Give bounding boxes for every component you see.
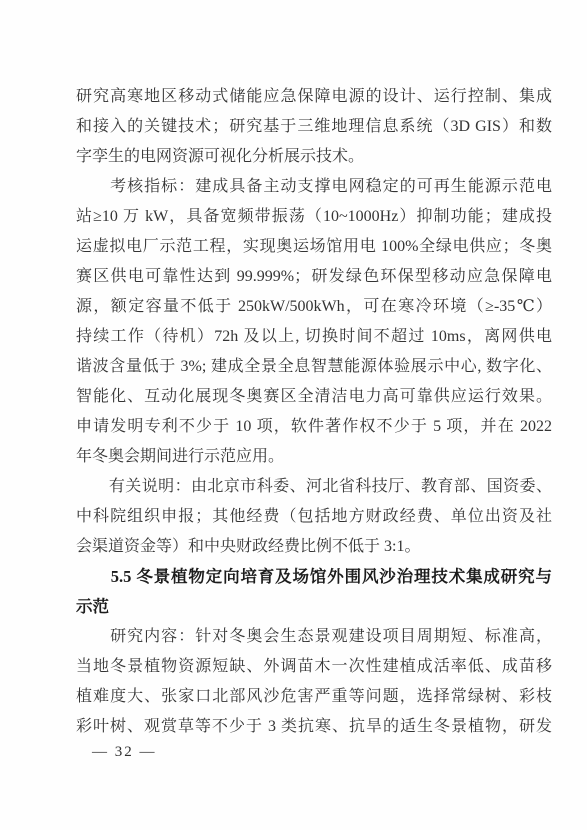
text-line: 有关说明：由北京市科委、河北省科技厅、教育部、国资委、: [76, 472, 552, 502]
section-heading-line: 示范: [76, 592, 552, 622]
text-line: 研究内容：针对冬奥会生态景观建设项目周期短、标准高，: [76, 622, 552, 652]
text-line: 年冬奥会期间进行示范应用。: [76, 442, 552, 472]
text-line: 赛区供电可靠性达到 99.999%；研发绿色环保型移动应急保障电: [76, 262, 552, 292]
text-line: 植难度大、张家口北部风沙危害严重等问题，选择常绿树、彩枝: [76, 682, 552, 712]
page-number: — 32 —: [92, 744, 157, 761]
section-heading-line: 5.5 冬景植物定向培育及场馆外围风沙治理技术集成研究与: [76, 562, 552, 592]
text-line: 研究高寒地区移动式储能应急保障电源的设计、运行控制、集成: [76, 82, 552, 112]
text-line: 当地冬景植物资源短缺、外调苗木一次性建植成活率低、成苗移: [76, 652, 552, 682]
text-line: 考核指标：建成具备主动支撑电网稳定的可再生能源示范电: [76, 172, 552, 202]
text-line: 持续工作（待机）72h 及以上, 切换时间不超过 10ms，离网供电: [76, 322, 552, 352]
text-line: 彩叶树、观赏草等不少于 3 类抗寒、抗旱的适生冬景植物，研发: [76, 712, 552, 742]
text-line: 谐波含量低于 3%; 建成全景全息智慧能源体验展示中心, 数字化、: [76, 352, 552, 382]
body-text: 研究高寒地区移动式储能应急保障电源的设计、运行控制、集成 和接入的关键技术；研究…: [76, 82, 552, 742]
text-line: 和接入的关键技术；研究基于三维地理信息系统（3D GIS）和数: [76, 112, 552, 142]
document-page: 研究高寒地区移动式储能应急保障电源的设计、运行控制、集成 和接入的关键技术；研究…: [0, 0, 587, 830]
text-line: 运虚拟电厂示范工程，实现奥运场馆用电 100%全绿电供应；冬奥: [76, 232, 552, 262]
text-line: 源，额定容量不低于 250kW/500kWh，可在寒冷环境（≥-35℃）: [76, 292, 552, 322]
text-line: 会渠道资金等）和中央财政经费比例不低于 3:1。: [76, 532, 552, 562]
text-line: 中科院组织申报；其他经费（包括地方财政经费、单位出资及社: [76, 502, 552, 532]
text-line: 站≥10 万 kW，具备宽频带振荡（10~1000Hz）抑制功能；建成投: [76, 202, 552, 232]
text-line: 申请发明专利不少于 10 项，软件著作权不少于 5 项，并在 2022: [76, 412, 552, 442]
text-line: 字孪生的电网资源可视化分析展示技术。: [76, 142, 552, 172]
text-line: 智能化、互动化展现冬奥赛区全清洁电力高可靠供应运行效果。: [76, 382, 552, 412]
